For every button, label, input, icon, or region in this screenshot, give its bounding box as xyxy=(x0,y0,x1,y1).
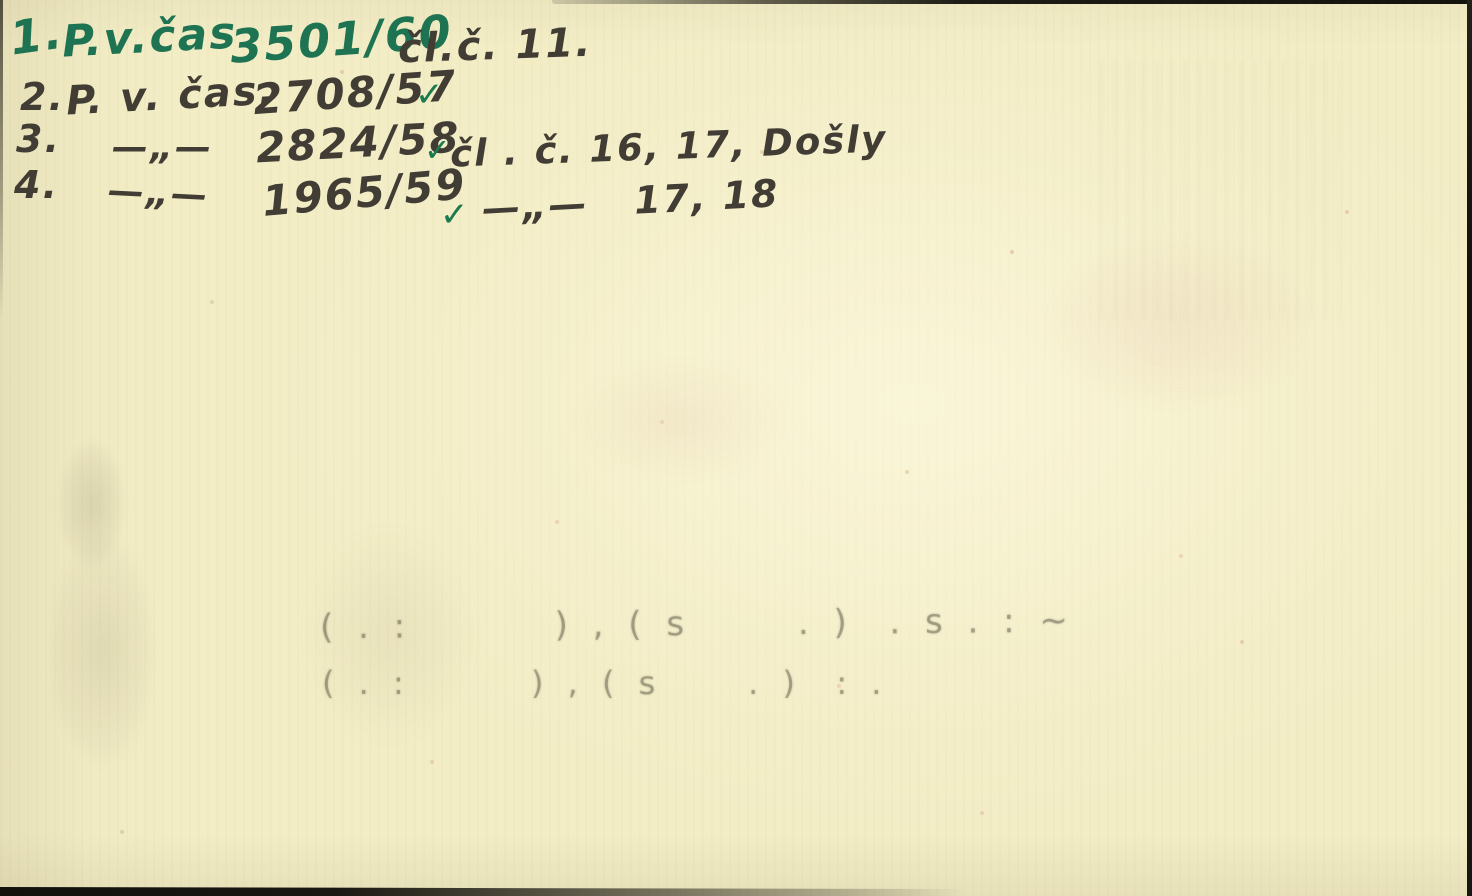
ghost-ink-marks-row1: ( . : ) , ( s . ) . s . : ~ xyxy=(320,601,1075,648)
scan-edge-top xyxy=(552,0,1472,4)
ghost-ink-marks-row2: ( . : ) , ( s . ) : . xyxy=(322,664,888,702)
entry-1-number: 1. xyxy=(7,9,66,62)
entry-3-note: čl . č. 16, 17, Došly xyxy=(449,120,887,172)
paper-bleed-right xyxy=(960,210,1360,490)
entry-4-ref-number: 1965/59 xyxy=(261,163,469,223)
scan-edge-left xyxy=(0,0,3,320)
scan-edge-right xyxy=(1467,0,1472,896)
paper-stain-left xyxy=(20,430,170,770)
paper-streaks-top-right xyxy=(1100,60,1340,320)
entry-1-source: P.v.čas xyxy=(61,11,238,64)
entry-2-number: 2. xyxy=(20,78,65,116)
entry-2-check-icon: ✓ xyxy=(415,78,446,112)
entry-3-number: 3. xyxy=(16,120,61,158)
entry-3-ditto-mark: —„— xyxy=(112,130,213,166)
entry-4-check-icon: ✓ xyxy=(440,198,471,232)
scan-edge-bottom xyxy=(0,887,965,896)
paper-bleed-center xyxy=(520,320,840,520)
entry-2-source: P. v. čas. xyxy=(65,71,277,122)
entry-4-note: —„— 17, 18 xyxy=(481,174,780,228)
entry-4-number: 4. xyxy=(14,166,59,204)
entry-4-ditto-mark: —„— xyxy=(107,173,210,214)
scanned-index-card: 1. P.v.čas 3501/60 čl.č. 11. 2. P. v. ča… xyxy=(0,0,1472,896)
